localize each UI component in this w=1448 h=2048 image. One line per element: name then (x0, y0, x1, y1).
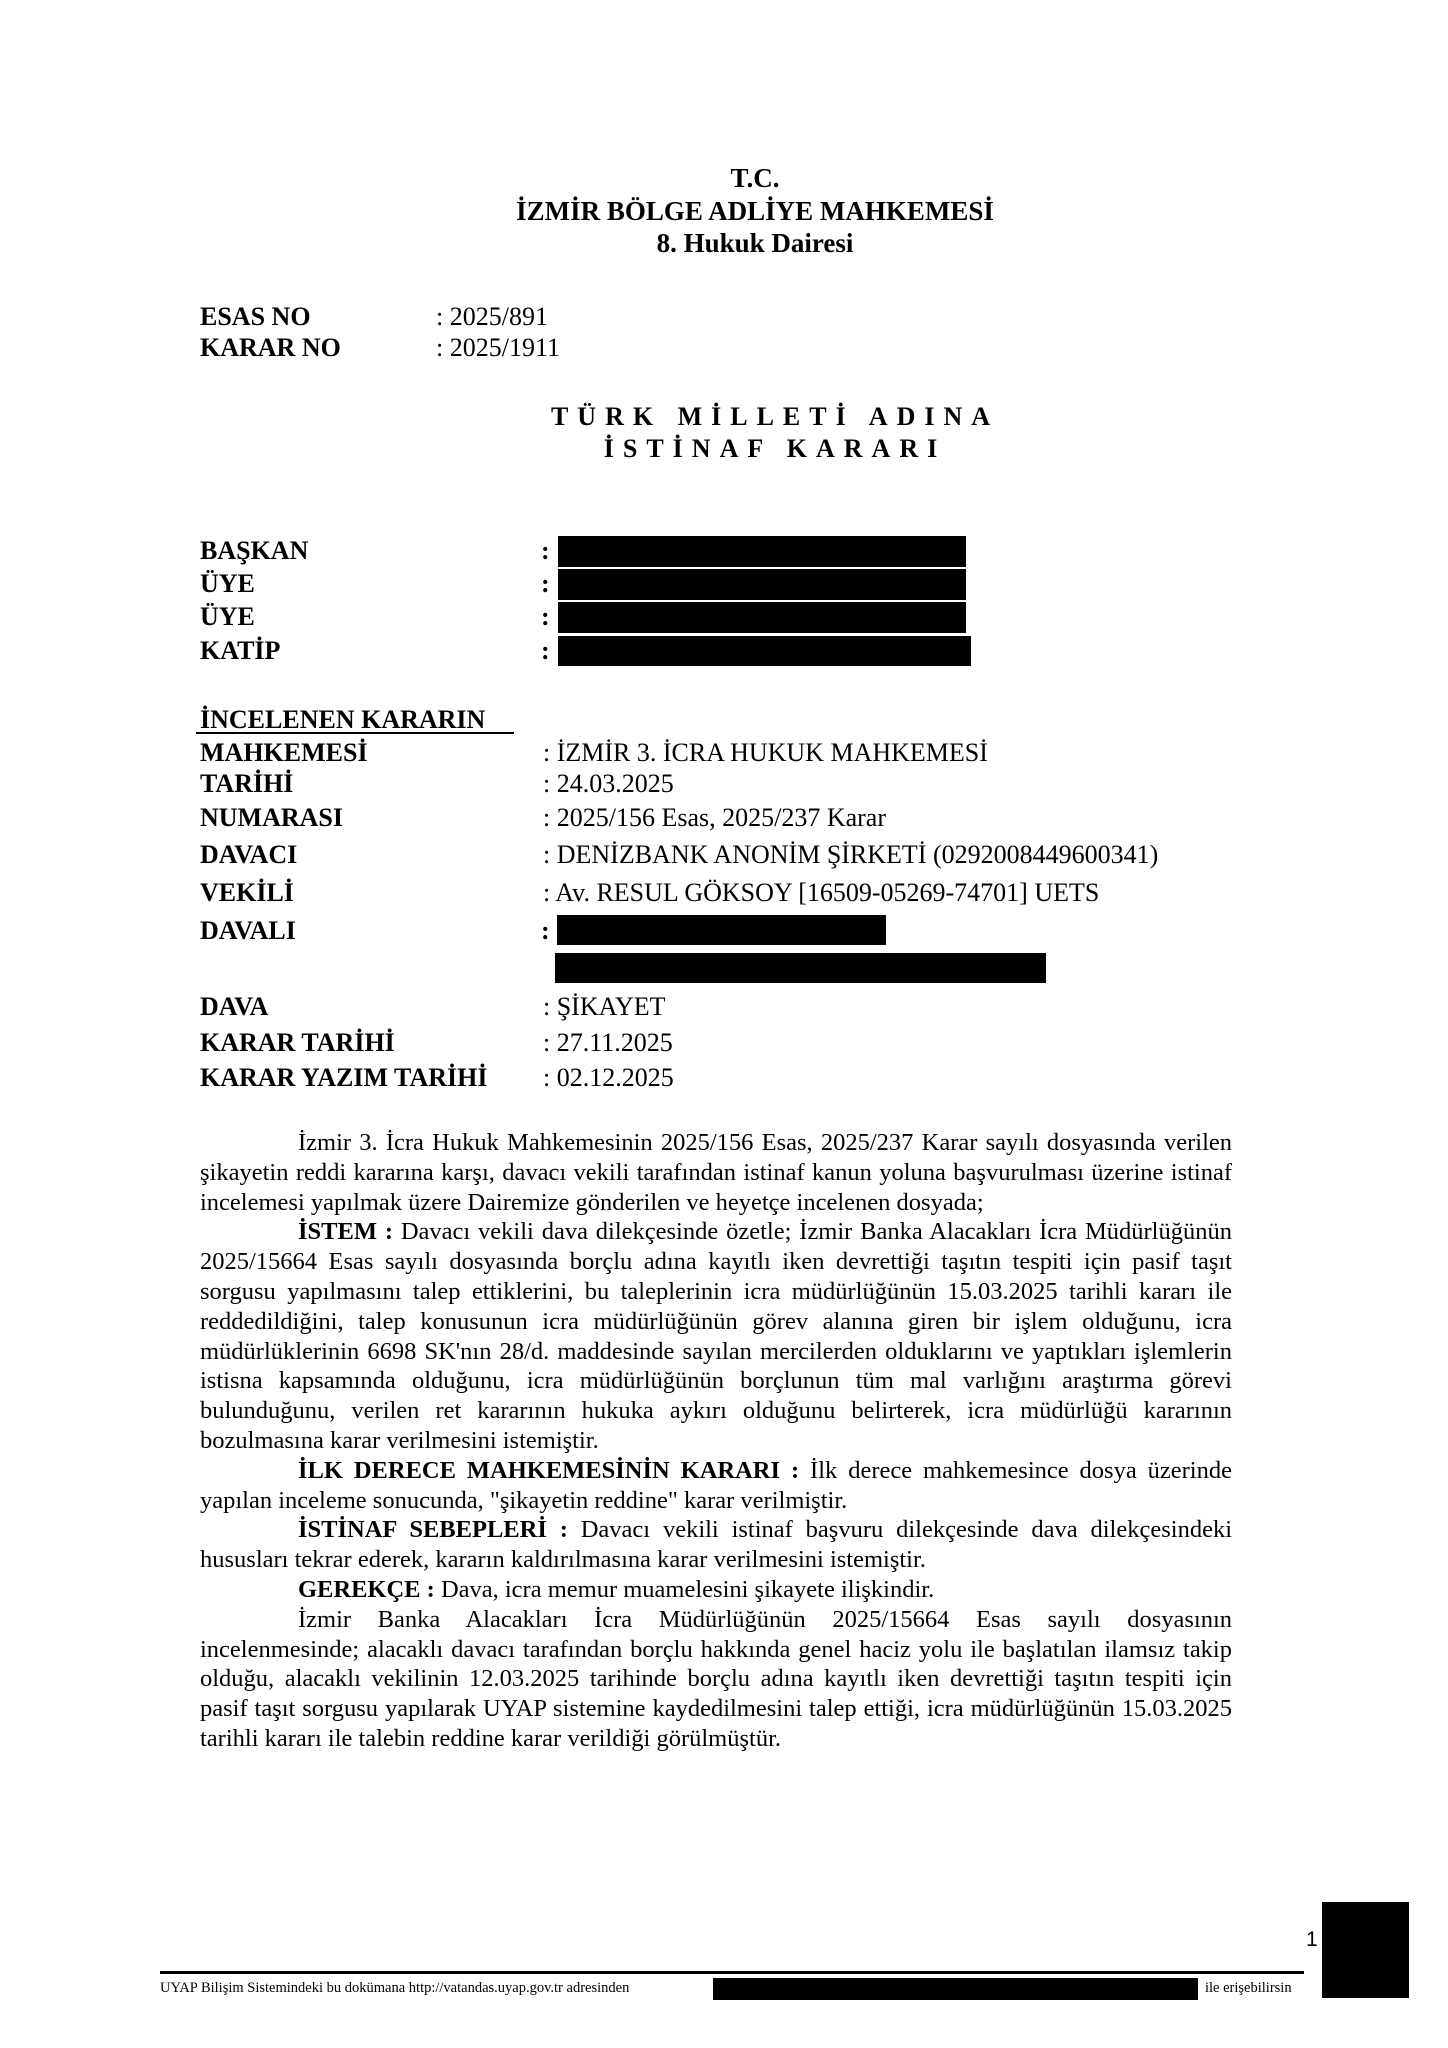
panel-colon: : (541, 536, 550, 566)
label-mahkemesi: MAHKEMESİ (200, 738, 368, 768)
label-davali: DAVALI (200, 916, 296, 946)
label-karar-yazim-tarihi: KARAR YAZIM TARİHİ (200, 1063, 488, 1093)
paragraph-istem: İSTEM : Davacı vekili dava dilekçesinde … (200, 1217, 1232, 1455)
paragraph-istinaf-sebepleri: İSTİNAF SEBEPLERİ : Davacı vekili istina… (200, 1515, 1232, 1575)
heading-underline (196, 732, 514, 734)
decision-title-line2: İSTİNAF KARARI (475, 434, 1075, 464)
label-dava: DAVA (200, 992, 268, 1022)
label-davaci: DAVACI (200, 840, 297, 870)
gerekce-heading: GEREKÇE : (298, 1576, 435, 1603)
ilk-derece-heading: İLK DERECE MAHKEMESİNİN KARARI : (298, 1457, 799, 1484)
label-tarihi: TARİHİ (200, 769, 293, 799)
footer-text-right: ile erişebilirsin (1205, 1980, 1292, 1997)
karar-no-label: KARAR NO (200, 333, 341, 363)
paragraph-gerekce: GEREKÇE : Dava, icra memur muamelesini ş… (200, 1575, 1232, 1605)
panel-colon: : (541, 569, 550, 599)
value-dava: : ŞİKAYET (543, 992, 666, 1022)
istinaf-sebepleri-heading: İSTİNAF SEBEPLERİ : (298, 1516, 568, 1543)
footer-divider (160, 1971, 1304, 1974)
page-number: 1 (1306, 1928, 1318, 1952)
panel-label-uye-2: ÜYE (200, 602, 255, 632)
header-tc: T.C. (455, 163, 1055, 194)
paragraph-intro: İzmir 3. İcra Hukuk Mahkemesinin 2025/15… (200, 1128, 1232, 1217)
court-name: İZMİR BÖLGE ADLİYE MAHKEMESİ (455, 196, 1055, 227)
gerekce-text: Dava, icra memur muamelesini şikayete il… (435, 1576, 934, 1603)
esas-no-label: ESAS NO (200, 302, 311, 332)
panel-label-uye-1: ÜYE (200, 569, 255, 599)
redacted-katip (558, 636, 971, 666)
label-vekili: VEKİLİ (200, 878, 294, 908)
decision-body: İzmir 3. İcra Hukuk Mahkemesinin 2025/15… (200, 1128, 1232, 1754)
decision-title-line1: TÜRK MİLLETİ ADINA (475, 402, 1075, 432)
reviewed-decision-heading: İNCELENEN KARARIN (200, 705, 485, 735)
value-davaci: : DENİZBANK ANONİM ŞİRKETİ (029200844960… (543, 840, 1158, 870)
value-vekili: : Av. RESUL GÖKSOY [16509-05269-74701] U… (543, 878, 1099, 908)
label-numarasi: NUMARASI (200, 803, 343, 833)
istem-heading: İSTEM : (298, 1218, 393, 1245)
esas-no-value: : 2025/891 (436, 302, 548, 332)
redacted-davali-address (555, 953, 1046, 983)
label-karar-tarihi: KARAR TARİHİ (200, 1028, 395, 1058)
redacted-davali-name (557, 915, 886, 945)
redacted-uye-2 (558, 602, 966, 633)
redacted-access-code (713, 1978, 1198, 2000)
redacted-barcode (1322, 1902, 1409, 1998)
redacted-uye-1 (558, 569, 966, 600)
value-karar-tarihi: : 27.11.2025 (543, 1028, 673, 1058)
redacted-baskan (558, 536, 966, 567)
value-mahkemesi: : İZMİR 3. İCRA HUKUK MAHKEMESİ (543, 738, 988, 768)
chamber-name: 8. Hukuk Dairesi (455, 228, 1055, 259)
karar-no-value: : 2025/1911 (436, 333, 560, 363)
panel-label-baskan: BAŞKAN (200, 536, 308, 566)
panel-colon: : (541, 602, 550, 632)
istem-text: Davacı vekili dava dilekçesinde özetle; … (200, 1218, 1232, 1454)
value-numarasi: : 2025/156 Esas, 2025/237 Karar (543, 803, 886, 833)
paragraph-ilk-derece: İLK DERECE MAHKEMESİNİN KARARI : İlk der… (200, 1456, 1232, 1516)
paragraph-inceleme: İzmir Banka Alacakları İcra Müdürlüğünün… (200, 1605, 1232, 1754)
value-davali-colon: : (541, 916, 550, 946)
panel-label-katip: KATİP (200, 636, 280, 666)
footer-text-left: UYAP Bilişim Sistemindeki bu dokümana ht… (160, 1980, 629, 1997)
value-karar-yazim-tarihi: : 02.12.2025 (543, 1063, 674, 1093)
panel-colon: : (541, 636, 550, 666)
value-tarihi: : 24.03.2025 (543, 769, 674, 799)
